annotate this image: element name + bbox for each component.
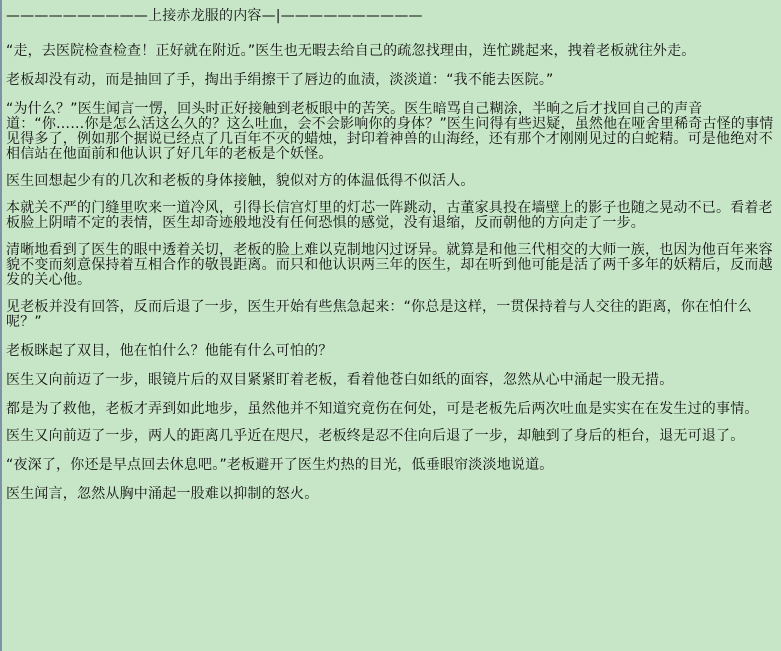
paragraph: 老板眯起了双目，他在怕什么？他能有什么可怕的？: [6, 344, 776, 359]
paragraph: “为什么？”医生闻言一愣，回头时正好接触到老板眼中的苦笑。医生暗骂自己糊涂，半晌…: [6, 102, 776, 162]
paragraph: 医生闻言，忽然从胸中涌起一股难以抑制的怒火。: [6, 487, 776, 502]
document-page: ——————————上接赤龙服的内容—|—————————— “走，去医院检查检…: [0, 0, 781, 651]
paragraph: “夜深了，你还是早点回去休息吧。”老板避开了医生灼热的目光，低垂眼帘淡淡地说道。: [6, 458, 776, 473]
paragraph: 见老板并没有回答，反而后退了一步，医生开始有些焦急起来：“你总是这样，一贯保持着…: [6, 300, 776, 330]
paragraph: 老板却没有动，而是抽回了手，掏出手绢擦干了唇边的血渍，淡淡道：“我不能去医院。”: [6, 73, 776, 88]
paragraph: “走，去医院检查检查！正好就在附近。”医生也无暇去给自己的疏忽找理由，连忙跳起来…: [6, 44, 776, 59]
paragraph: 都是为了救他，老板才弄到如此地步，虽然他并不知道究竟伤在何处，可是老板先后两次吐…: [6, 402, 776, 417]
section-divider: ——————————上接赤龙服的内容—|——————————: [6, 9, 776, 24]
paragraph: 清晰地看到了医生的眼中透着关切，老板的脸上难以克制地闪过讶异。就算是和他三代相交…: [6, 243, 776, 288]
paragraph: 本就关不严的门缝里吹来一道冷风，引得长信宫灯里的灯芯一阵跳动，古董家具投在墙壁上…: [6, 201, 776, 231]
paragraph: 医生又向前迈了一步，两人的距离几乎近在咫尺，老板终是忍不住向后退了一步，却触到了…: [6, 429, 776, 444]
paragraph: 医生又向前迈了一步，眼镜片后的双目紧紧盯着老板，看着他苍白如纸的面容，忽然从心中…: [6, 373, 776, 388]
document-content: ——————————上接赤龙服的内容—|—————————— “走，去医院检查检…: [6, 9, 776, 514]
paragraph: 医生回想起少有的几次和老板的身体接触，貌似对方的体温低得不似活人。: [6, 174, 776, 189]
